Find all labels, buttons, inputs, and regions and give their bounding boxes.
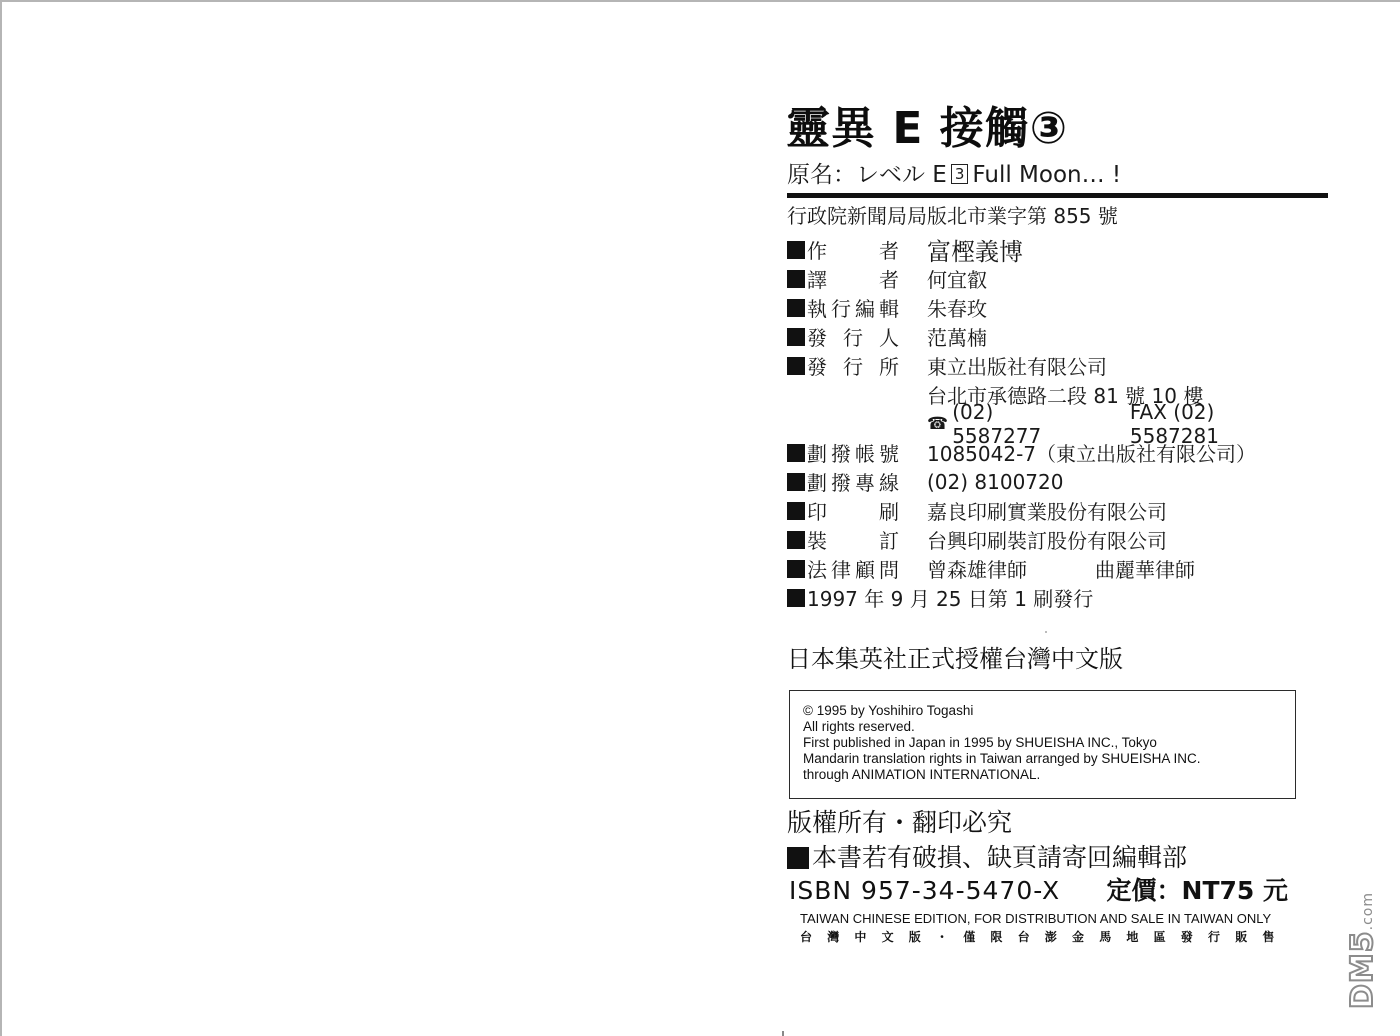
watermark-main: DM5	[1345, 930, 1380, 1009]
publication-date: 1997 年 9 月 25 日第 1 刷發行	[807, 583, 1093, 612]
printing-row: 印刷 嘉良印刷實業股份有限公司	[787, 496, 1307, 525]
dm5-watermark-logo: DM5.com	[1342, 880, 1382, 1020]
bullet-square-icon	[787, 847, 809, 869]
credit-value: 朱春玫	[927, 293, 987, 322]
damage-notice-text: 本書若有破損、缺頁請寄回編輯部	[812, 841, 1187, 875]
bullet-square-icon	[787, 444, 805, 462]
copyright-line: © 1995 by Yoshihiro Togashi	[803, 703, 1295, 719]
credit-row-publisher-company: 發行所 東立出版社有限公司	[787, 351, 1307, 380]
credit-value: 范萬楠	[927, 322, 987, 351]
copyright-line: First published in Japan in 1995 by SHUE…	[803, 735, 1295, 751]
edition-notice-chinese: 台灣中文版・僅限台澎金馬地區發行販售	[800, 929, 1290, 945]
production-value: 台興印刷裝訂股份有限公司	[927, 525, 1167, 554]
legal-row: 法律顧問 曾森雄律師 曲麗華律師	[787, 554, 1307, 583]
credit-label: 譯者	[807, 264, 899, 293]
credit-label: 執行編輯	[807, 293, 899, 322]
payment-label: 劃撥帳號	[807, 438, 899, 467]
license-number: 行政院新聞局局版北市業字第 855 號	[787, 202, 1118, 230]
credit-label: 發行人	[807, 322, 899, 351]
credit-label: 作者	[807, 235, 899, 264]
damage-notice: 本書若有破損、缺頁請寄回編輯部	[787, 841, 1187, 875]
lawyer-2: 曲麗華律師	[1095, 554, 1195, 583]
payment-value: (02) 8100720	[927, 470, 1063, 494]
bullet-square-icon	[787, 502, 805, 520]
production-value: 嘉良印刷實業股份有限公司	[927, 496, 1167, 525]
original-title-prefix: 原名：レベル E	[787, 162, 947, 188]
original-title-suffix: Full Moon… !	[972, 162, 1121, 188]
price: 定價：NT75 元	[1107, 874, 1288, 908]
title-rule	[787, 193, 1328, 198]
payment-account-row: 劃撥帳號 1085042-7（東立出版社有限公司）	[787, 438, 1307, 467]
isbn: ISBN 957-34-5470-X	[789, 874, 1060, 908]
credit-row-publisher-person: 發行人 范萬楠	[787, 322, 1307, 351]
book-title: 靈異 E 接觸③	[786, 102, 1068, 156]
production-label: 裝訂	[807, 525, 899, 554]
credit-value: 何宜叡	[927, 264, 987, 293]
production-label: 印刷	[807, 496, 899, 525]
authorization-line: 日本集英社正式授權台灣中文版	[787, 643, 1123, 675]
bullet-square-icon	[787, 473, 805, 491]
rights-notice: 版權所有・翻印必究	[787, 806, 1012, 840]
bullet-square-icon	[787, 531, 805, 549]
bullet-square-icon	[787, 328, 805, 346]
publisher-contact-row: ☎ (02) 5587277 FAX (02) 5587281	[787, 409, 1307, 438]
payment-value: 1085042-7（東立出版社有限公司）	[927, 438, 1256, 467]
telephone-icon: ☎	[927, 414, 948, 434]
copyright-line: through ANIMATION INTERNATIONAL.	[803, 767, 1295, 783]
payment-line-row: 劃撥專線 (02) 8100720	[787, 467, 1307, 496]
bullet-square-icon	[787, 270, 805, 288]
print-speck	[1045, 631, 1047, 633]
bullet-square-icon	[787, 560, 805, 578]
bullet-square-icon	[787, 299, 805, 317]
credits-block: 作者 富樫義博 譯者 何宜叡 執行編輯 朱春玫 發行人 范萬楠 發行所 東立出版…	[787, 235, 1307, 612]
credit-row-editor: 執行編輯 朱春玫	[787, 293, 1307, 322]
lawyer-1: 曾森雄律師	[927, 554, 1027, 583]
watermark-suffix: .com	[1360, 892, 1376, 930]
copyright-line: Mandarin translation rights in Taiwan ar…	[803, 751, 1295, 767]
volume-box: 3	[951, 164, 969, 184]
gutter-mark	[782, 1031, 784, 1036]
credit-value: 東立出版社有限公司	[927, 351, 1107, 380]
payment-label: 劃撥專線	[807, 467, 899, 496]
legal-label: 法律顧問	[807, 554, 899, 583]
edition-notice-english: TAIWAN CHINESE EDITION, FOR DISTRIBUTION…	[800, 911, 1271, 927]
credit-value: 富樫義博	[927, 232, 1023, 267]
copyright-box: © 1995 by Yoshihiro Togashi All rights r…	[789, 690, 1296, 799]
bullet-square-icon	[787, 589, 805, 607]
bullet-square-icon	[787, 357, 805, 375]
credit-row-author: 作者 富樫義博	[787, 235, 1307, 264]
credit-label: 發行所	[807, 351, 899, 380]
credit-row-translator: 譯者 何宜叡	[787, 264, 1307, 293]
copyright-line: All rights reserved.	[803, 719, 1295, 735]
binding-row: 裝訂 台興印刷裝訂股份有限公司	[787, 525, 1307, 554]
publication-date-row: 1997 年 9 月 25 日第 1 刷發行	[787, 583, 1307, 612]
bullet-square-icon	[787, 241, 805, 259]
original-title: 原名：レベル E3Full Moon… !	[787, 160, 1121, 190]
